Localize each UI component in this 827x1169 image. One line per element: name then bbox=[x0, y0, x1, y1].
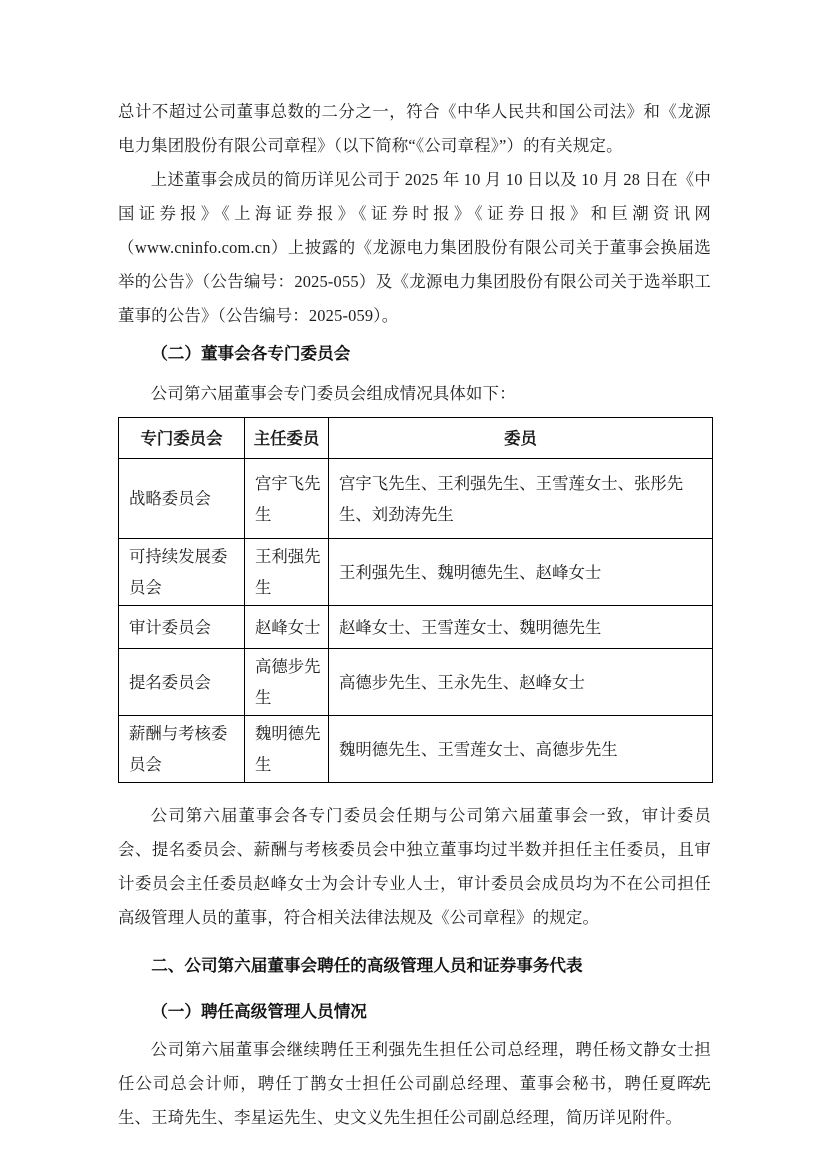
paragraph-table-intro: 公司第六届董事会专门委员会组成情况具体如下： bbox=[118, 377, 711, 411]
table-row: 薪酬与考核委员会 魏明德先生 魏明德先生、王雪莲女士、高德步先生 bbox=[119, 716, 713, 783]
cell-chair: 高德步先生 bbox=[245, 649, 329, 716]
cell-chair: 王利强先生 bbox=[245, 539, 329, 606]
table-row: 可持续发展委员会 王利强先生 王利强先生、魏明德先生、赵峰女士 bbox=[119, 539, 713, 606]
table-header-row: 专门委员会 主任委员 委员 bbox=[119, 418, 713, 459]
header-committee: 专门委员会 bbox=[119, 418, 245, 459]
paragraph-disclosure: 上述董事会成员的简历详见公司于 2025 年 10 月 10 日以及 10 月 … bbox=[118, 163, 711, 333]
cell-members: 王利强先生、魏明德先生、赵峰女士 bbox=[329, 539, 713, 606]
table-row: 提名委员会 高德步先生 高德步先生、王永先生、赵峰女士 bbox=[119, 649, 713, 716]
paragraph-senior-management: 公司第六届董事会继续聘任王利强先生担任公司总经理，聘任杨文静女士担任公司总会计师… bbox=[118, 1033, 711, 1135]
table-row: 战略委员会 宫宇飞先生 宫宇飞先生、王利强先生、王雪莲女士、张彤先生、刘劲涛先生 bbox=[119, 459, 713, 539]
cell-committee: 战略委员会 bbox=[119, 459, 245, 539]
table-row: 审计委员会 赵峰女士 赵峰女士、王雪莲女士、魏明德先生 bbox=[119, 606, 713, 649]
cell-members: 高德步先生、王永先生、赵峰女士 bbox=[329, 649, 713, 716]
heading-section-two: 二、公司第六届董事会聘任的高级管理人员和证券事务代表 bbox=[118, 949, 711, 983]
document-page: 总计不超过公司董事总数的二分之一，符合《中华人民共和国公司法》和《龙源电力集团股… bbox=[0, 0, 827, 1169]
heading-special-committees: （二）董事会各专门委员会 bbox=[118, 337, 711, 371]
document-body: 总计不超过公司董事总数的二分之一，符合《中华人民共和国公司法》和《龙源电力集团股… bbox=[118, 95, 711, 1135]
cell-chair: 宫宇飞先生 bbox=[245, 459, 329, 539]
committees-table: 专门委员会 主任委员 委员 战略委员会 宫宇飞先生 宫宇飞先生、王利强先生、王雪… bbox=[118, 417, 713, 783]
paragraph-continuation: 总计不超过公司董事总数的二分之一，符合《中华人民共和国公司法》和《龙源电力集团股… bbox=[118, 95, 711, 163]
cell-committee: 审计委员会 bbox=[119, 606, 245, 649]
cell-members: 赵峰女士、王雪莲女士、魏明德先生 bbox=[329, 606, 713, 649]
cell-chair: 魏明德先生 bbox=[245, 716, 329, 783]
cell-members: 魏明德先生、王雪莲女士、高德步先生 bbox=[329, 716, 713, 783]
cell-committee: 薪酬与考核委员会 bbox=[119, 716, 245, 783]
header-chair: 主任委员 bbox=[245, 418, 329, 459]
cell-chair: 赵峰女士 bbox=[245, 606, 329, 649]
heading-senior-management: （一）聘任高级管理人员情况 bbox=[118, 995, 711, 1029]
page-number: 2 bbox=[692, 1076, 700, 1093]
cell-members: 宫宇飞先生、王利强先生、王雪莲女士、张彤先生、刘劲涛先生 bbox=[329, 459, 713, 539]
cell-committee: 提名委员会 bbox=[119, 649, 245, 716]
paragraph-committee-terms: 公司第六届董事会各专门委员会任期与公司第六届董事会一致，审计委员会、提名委员会、… bbox=[118, 799, 711, 935]
cell-committee: 可持续发展委员会 bbox=[119, 539, 245, 606]
header-members: 委员 bbox=[329, 418, 713, 459]
